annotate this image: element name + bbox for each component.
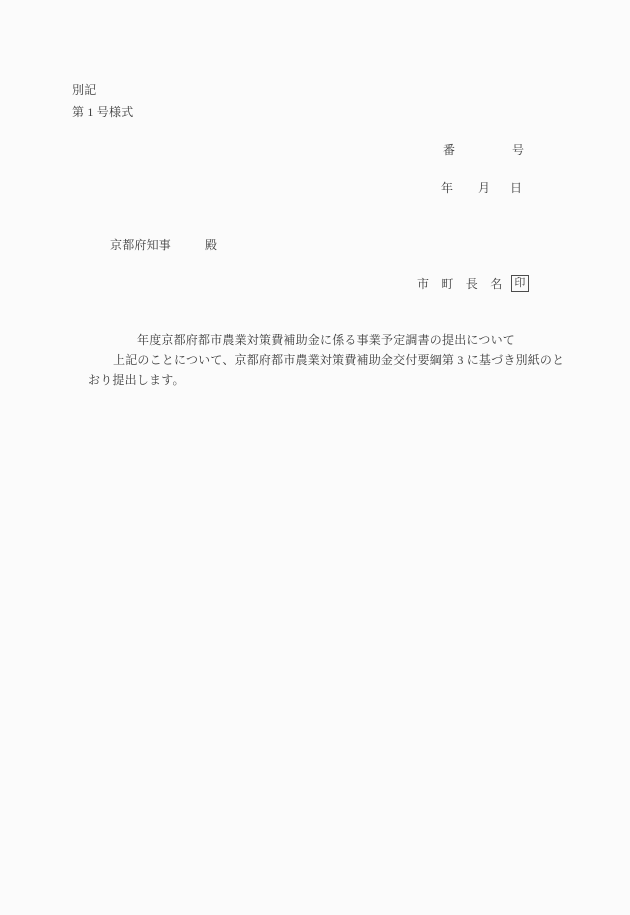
form-style-number: 第 1 号様式 <box>72 105 133 119</box>
number-label-go: 号 <box>512 143 524 157</box>
addressee-title: 京都府知事 <box>110 238 171 252</box>
subject-line: 年度京都府都市農業対策費補助金に係る事業予定調書の提出について <box>137 333 515 347</box>
signer-label: 市 町 長 名 <box>417 277 502 291</box>
date-label-day: 日 <box>510 181 522 195</box>
document-page: { "colors": { "background": "#fbfbfb", "… <box>0 0 630 915</box>
number-label-ban: 番 <box>443 143 455 157</box>
seal-box: 印 <box>511 275 528 292</box>
body-line-2: おり提出します。 <box>88 373 185 387</box>
addressee-honorific: 殿 <box>205 238 217 252</box>
date-label-month: 月 <box>478 181 490 195</box>
seal-mark: 印 <box>514 277 525 289</box>
annotation-bekki: 別記 <box>72 83 96 97</box>
date-label-year: 年 <box>441 181 453 195</box>
body-line-1: 上記のことについて、京都府都市農業対策費補助金交付要綱第 3 に基づき別紙のと <box>113 353 564 367</box>
signer-line: 市 町 長 名 印 <box>417 275 529 292</box>
